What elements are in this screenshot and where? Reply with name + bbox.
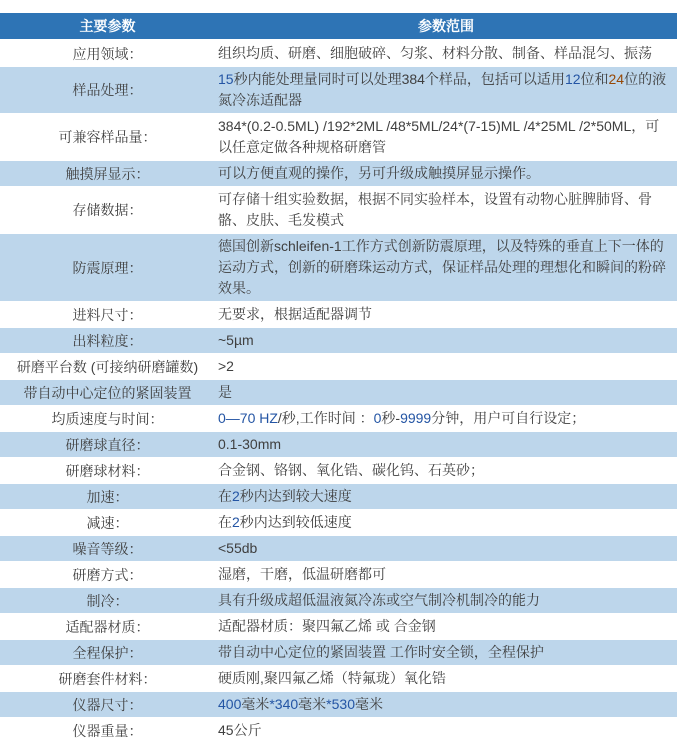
table-row: 全程保护：带自动中心定位的紧固装置 工作时安全锁，全程保护 (0, 640, 677, 666)
param-name-cell: 加速： (0, 484, 215, 509)
table-row: 噪音等级：<55db (0, 536, 677, 562)
param-name-cell: 带自动中心定位的紧固装置 (0, 380, 215, 405)
param-value-text: 可存储十组实验数据，根据不同实验样本，设置有动物心脏脾肺肾、骨骼、皮肤、毛发模式 (218, 189, 667, 231)
param-value-cell: 适配器材质：聚四氟乙烯 或 合金钢 (215, 614, 677, 639)
param-name-cell: 仪器重量： (0, 718, 215, 743)
param-value-text: 15秒内能处理量同时可以处理384个样品，包括可以适用12位和24位的液氮冷冻适… (218, 69, 667, 111)
param-value-text: 硬质刚,聚四氟乙烯（特氟珑）氧化锆 (218, 668, 667, 689)
param-value-text: 适配器材质：聚四氟乙烯 或 合金钢 (218, 616, 667, 637)
table-row: 减速：在2秒内达到较低速度 (0, 510, 677, 536)
param-value-cell: 400毫米*340毫米*530毫米 (215, 692, 677, 717)
param-value-text: 可以方便直观的操作，另可升级成触摸屏显示操作。 (218, 163, 667, 184)
table-row: 可兼容样品量：384*(0.2-0.5ML) /192*2ML /48*5ML/… (0, 114, 677, 161)
table-row: 均质速度与时间：0—70 HZ/秒,工作时间 ：0秒-9999分钟，用户可自行设… (0, 406, 677, 432)
param-value-cell: 0—70 HZ/秒,工作时间 ：0秒-9999分钟，用户可自行设定； (215, 406, 677, 431)
header-main-params: 主要参数 (0, 16, 215, 36)
param-value-text: 在2秒内达到较大速度 (218, 486, 667, 507)
param-value-cell: 湿磨，干磨，低温研磨都可 (215, 562, 677, 587)
table-row: 加速：在2秒内达到较大速度 (0, 484, 677, 510)
param-name-cell: 噪音等级： (0, 536, 215, 561)
param-value-cell: 无要求，根据适配器调节 (215, 302, 677, 327)
param-value-cell: 0.1-30mm (215, 432, 677, 457)
param-value-text: 合金钢、铬钢、氧化锆、碳化钨、石英砂； (218, 460, 667, 481)
table-row: 样品处理：15秒内能处理量同时可以处理384个样品，包括可以适用12位和24位的… (0, 67, 677, 114)
param-name-cell: 研磨方式： (0, 562, 215, 587)
table-row: 研磨球材料：合金钢、铬钢、氧化锆、碳化钨、石英砂； (0, 458, 677, 484)
param-value-cell: 可存储十组实验数据，根据不同实验样本，设置有动物心脏脾肺肾、骨骼、皮肤、毛发模式 (215, 187, 677, 233)
param-value-cell: 德国创新schleifen-1工作方式创新防震原理，以及特殊的垂直上下一体的运动… (215, 234, 677, 301)
param-value-cell: >2 (215, 354, 677, 379)
param-value-cell: 可以方便直观的操作，另可升级成触摸屏显示操作。 (215, 161, 677, 186)
param-name-cell: 全程保护： (0, 640, 215, 665)
param-name-cell: 制冷： (0, 588, 215, 613)
table-row: 应用领域：组织均质、研磨、细胞破碎、匀浆、材料分散、制备、样品混匀、振荡 (0, 41, 677, 67)
param-value-text: 带自动中心定位的紧固装置 工作时安全锁，全程保护 (218, 642, 667, 663)
table-row: 出料粒度：~5µm (0, 328, 677, 354)
param-value-text: 384*(0.2-0.5ML) /192*2ML /48*5ML/24*(7-1… (218, 116, 667, 158)
param-value-cell: 合金钢、铬钢、氧化锆、碳化钨、石英砂； (215, 458, 677, 483)
param-name-cell: 触摸屏显示： (0, 161, 215, 186)
table-row: 制冷：具有升级成超低温液氮冷冻或空气制冷机制冷的能力 (0, 588, 677, 614)
param-value-text: 具有升级成超低温液氮冷冻或空气制冷机制冷的能力 (218, 590, 667, 611)
param-value-cell: 在2秒内达到较大速度 (215, 484, 677, 509)
param-name-cell: 研磨球直径： (0, 432, 215, 457)
param-name-cell: 研磨平台数 (可接纳研磨罐数) (0, 354, 215, 379)
param-value-cell: 是 (215, 380, 677, 405)
param-value-text: <55db (218, 538, 667, 559)
param-name-cell: 研磨套件材料： (0, 666, 215, 691)
table-row: 进料尺寸：无要求，根据适配器调节 (0, 302, 677, 328)
param-value-text: 是 (218, 382, 667, 403)
param-value-text: 0.1-30mm (218, 434, 667, 455)
header-param-range: 参数范围 (215, 16, 677, 36)
param-name-cell: 减速： (0, 510, 215, 535)
param-value-text: 0—70 HZ/秒,工作时间 ：0秒-9999分钟，用户可自行设定； (218, 408, 667, 429)
param-value-cell: <55db (215, 536, 677, 561)
param-value-cell: 具有升级成超低温液氮冷冻或空气制冷机制冷的能力 (215, 588, 677, 613)
param-value-text: 德国创新schleifen-1工作方式创新防震原理，以及特殊的垂直上下一体的运动… (218, 236, 667, 299)
param-name-cell: 可兼容样品量： (0, 114, 215, 160)
param-value-cell: 384*(0.2-0.5ML) /192*2ML /48*5ML/24*(7-1… (215, 114, 677, 160)
spec-table: 主要参数 参数范围 应用领域：组织均质、研磨、细胞破碎、匀浆、材料分散、制备、样… (0, 13, 677, 744)
param-name-cell: 防震原理： (0, 234, 215, 301)
param-value-cell: ~5µm (215, 328, 677, 353)
table-row: 触摸屏显示：可以方便直观的操作，另可升级成触摸屏显示操作。 (0, 161, 677, 187)
param-value-text: ~5µm (218, 330, 667, 351)
param-value-text: 在2秒内达到较低速度 (218, 512, 667, 533)
table-row: 研磨套件材料：硬质刚,聚四氟乙烯（特氟珑）氧化锆 (0, 666, 677, 692)
table-row: 研磨方式：湿磨，干磨，低温研磨都可 (0, 562, 677, 588)
table-row: 仪器尺寸：400毫米*340毫米*530毫米 (0, 692, 677, 718)
param-name-cell: 研磨球材料： (0, 458, 215, 483)
param-name-cell: 进料尺寸： (0, 302, 215, 327)
param-value-cell: 15秒内能处理量同时可以处理384个样品，包括可以适用12位和24位的液氮冷冻适… (215, 67, 677, 113)
param-name-cell: 应用领域： (0, 41, 215, 66)
table-row: 研磨球直径：0.1-30mm (0, 432, 677, 458)
param-name-cell: 均质速度与时间： (0, 406, 215, 431)
param-value-cell: 硬质刚,聚四氟乙烯（特氟珑）氧化锆 (215, 666, 677, 691)
param-value-text: >2 (218, 356, 667, 377)
table-body: 应用领域：组织均质、研磨、细胞破碎、匀浆、材料分散、制备、样品混匀、振荡样品处理… (0, 41, 677, 744)
param-value-cell: 组织均质、研磨、细胞破碎、匀浆、材料分散、制备、样品混匀、振荡 (215, 41, 677, 66)
table-row: 存储数据：可存储十组实验数据，根据不同实验样本，设置有动物心脏脾肺肾、骨骼、皮肤… (0, 187, 677, 234)
table-row: 适配器材质：适配器材质：聚四氟乙烯 或 合金钢 (0, 614, 677, 640)
table-row: 仪器重量：45公斤 (0, 718, 677, 744)
param-name-cell: 存储数据： (0, 187, 215, 233)
param-name-cell: 适配器材质： (0, 614, 215, 639)
param-value-text: 45公斤 (218, 720, 667, 741)
table-row: 研磨平台数 (可接纳研磨罐数)>2 (0, 354, 677, 380)
param-value-text: 无要求，根据适配器调节 (218, 304, 667, 325)
param-value-cell: 在2秒内达到较低速度 (215, 510, 677, 535)
table-header-row: 主要参数 参数范围 (0, 13, 677, 41)
param-value-text: 湿磨，干磨，低温研磨都可 (218, 564, 667, 585)
param-name-cell: 出料粒度： (0, 328, 215, 353)
param-value-cell: 45公斤 (215, 718, 677, 743)
param-value-text: 400毫米*340毫米*530毫米 (218, 694, 667, 715)
param-name-cell: 样品处理： (0, 67, 215, 113)
param-value-cell: 带自动中心定位的紧固装置 工作时安全锁，全程保护 (215, 640, 677, 665)
table-row: 带自动中心定位的紧固装置是 (0, 380, 677, 406)
param-value-text: 组织均质、研磨、细胞破碎、匀浆、材料分散、制备、样品混匀、振荡 (218, 43, 667, 64)
param-name-cell: 仪器尺寸： (0, 692, 215, 717)
table-row: 防震原理：德国创新schleifen-1工作方式创新防震原理，以及特殊的垂直上下… (0, 234, 677, 302)
